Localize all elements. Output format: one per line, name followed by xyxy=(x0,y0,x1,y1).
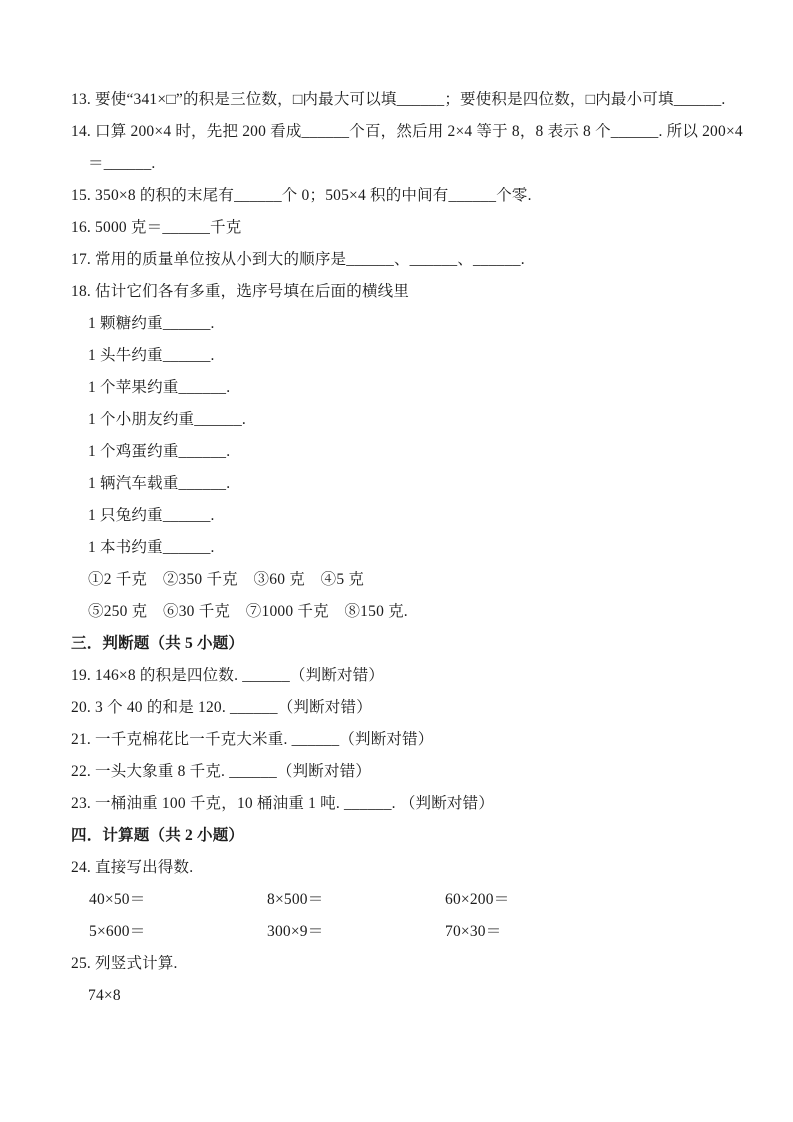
calc-expression-300x9: 300×9＝ xyxy=(267,916,445,948)
worksheet-page: 13. 要使“341×□”的积是三位数，□内最大可以填______；要使积是四位… xyxy=(71,84,753,1012)
question-14-line-1: 14. 口算 200×4 时，先把 200 看成______个百，然后用 2×4… xyxy=(71,116,753,148)
question-25-expression: 74×8 xyxy=(71,980,753,1012)
section-heading-judge: 三．判断题（共 5 小题） xyxy=(71,628,753,660)
question-18-stem: 18. 估计它们各有多重，选序号填在后面的横线里 xyxy=(71,276,753,308)
question-18-item-egg: 1 个鸡蛋约重______. xyxy=(71,436,753,468)
question-18-item-book: 1 本书约重______. xyxy=(71,532,753,564)
question-25-stem: 25. 列竖式计算. xyxy=(71,948,753,980)
question-18-item-rabbit: 1 只兔约重______. xyxy=(71,500,753,532)
question-18-item-truck: 1 辆汽车载重______. xyxy=(71,468,753,500)
calc-expression-40x50: 40×50＝ xyxy=(89,884,267,916)
question-18-item-child: 1 个小朋友约重______. xyxy=(71,404,753,436)
question-18-item-apple: 1 个苹果约重______. xyxy=(71,372,753,404)
question-21: 21. 一千克棉花比一千克大米重. ______（判断对错） xyxy=(71,724,753,756)
question-24-row-2: 5×600＝ 300×9＝ 70×30＝ xyxy=(71,916,753,948)
question-18-item-cow: 1 头牛约重______. xyxy=(71,340,753,372)
question-14-line-2: ＝______. xyxy=(71,148,753,180)
question-18-options-line-1: ①2 千克 ②350 千克 ③60 克 ④5 克 xyxy=(71,564,753,596)
question-22: 22. 一头大象重 8 千克. ______（判断对错） xyxy=(71,756,753,788)
question-24-stem: 24. 直接写出得数. xyxy=(71,852,753,884)
question-20: 20. 3 个 40 的和是 120. ______（判断对错） xyxy=(71,692,753,724)
calc-expression-8x500: 8×500＝ xyxy=(267,884,445,916)
calc-expression-5x600: 5×600＝ xyxy=(89,916,267,948)
calc-expression-60x200: 60×200＝ xyxy=(445,884,509,916)
question-23: 23. 一桶油重 100 千克，10 桶油重 1 吨. ______. （判断对… xyxy=(71,788,753,820)
question-16: 16. 5000 克＝______千克 xyxy=(71,212,753,244)
question-15: 15. 350×8 的积的末尾有______个 0；505×4 积的中间有___… xyxy=(71,180,753,212)
question-19: 19. 146×8 的积是四位数. ______（判断对错） xyxy=(71,660,753,692)
question-13: 13. 要使“341×□”的积是三位数，□内最大可以填______；要使积是四位… xyxy=(71,84,753,116)
question-24-row-1: 40×50＝ 8×500＝ 60×200＝ xyxy=(71,884,753,916)
section-heading-calc: 四．计算题（共 2 小题） xyxy=(71,820,753,852)
question-18-item-candy: 1 颗糖约重______. xyxy=(71,308,753,340)
question-18-options-line-2: ⑤250 克 ⑥30 千克 ⑦1000 千克 ⑧150 克. xyxy=(71,596,753,628)
calc-expression-70x30: 70×30＝ xyxy=(445,916,501,948)
question-17: 17. 常用的质量单位按从小到大的顺序是______、______、______… xyxy=(71,244,753,276)
